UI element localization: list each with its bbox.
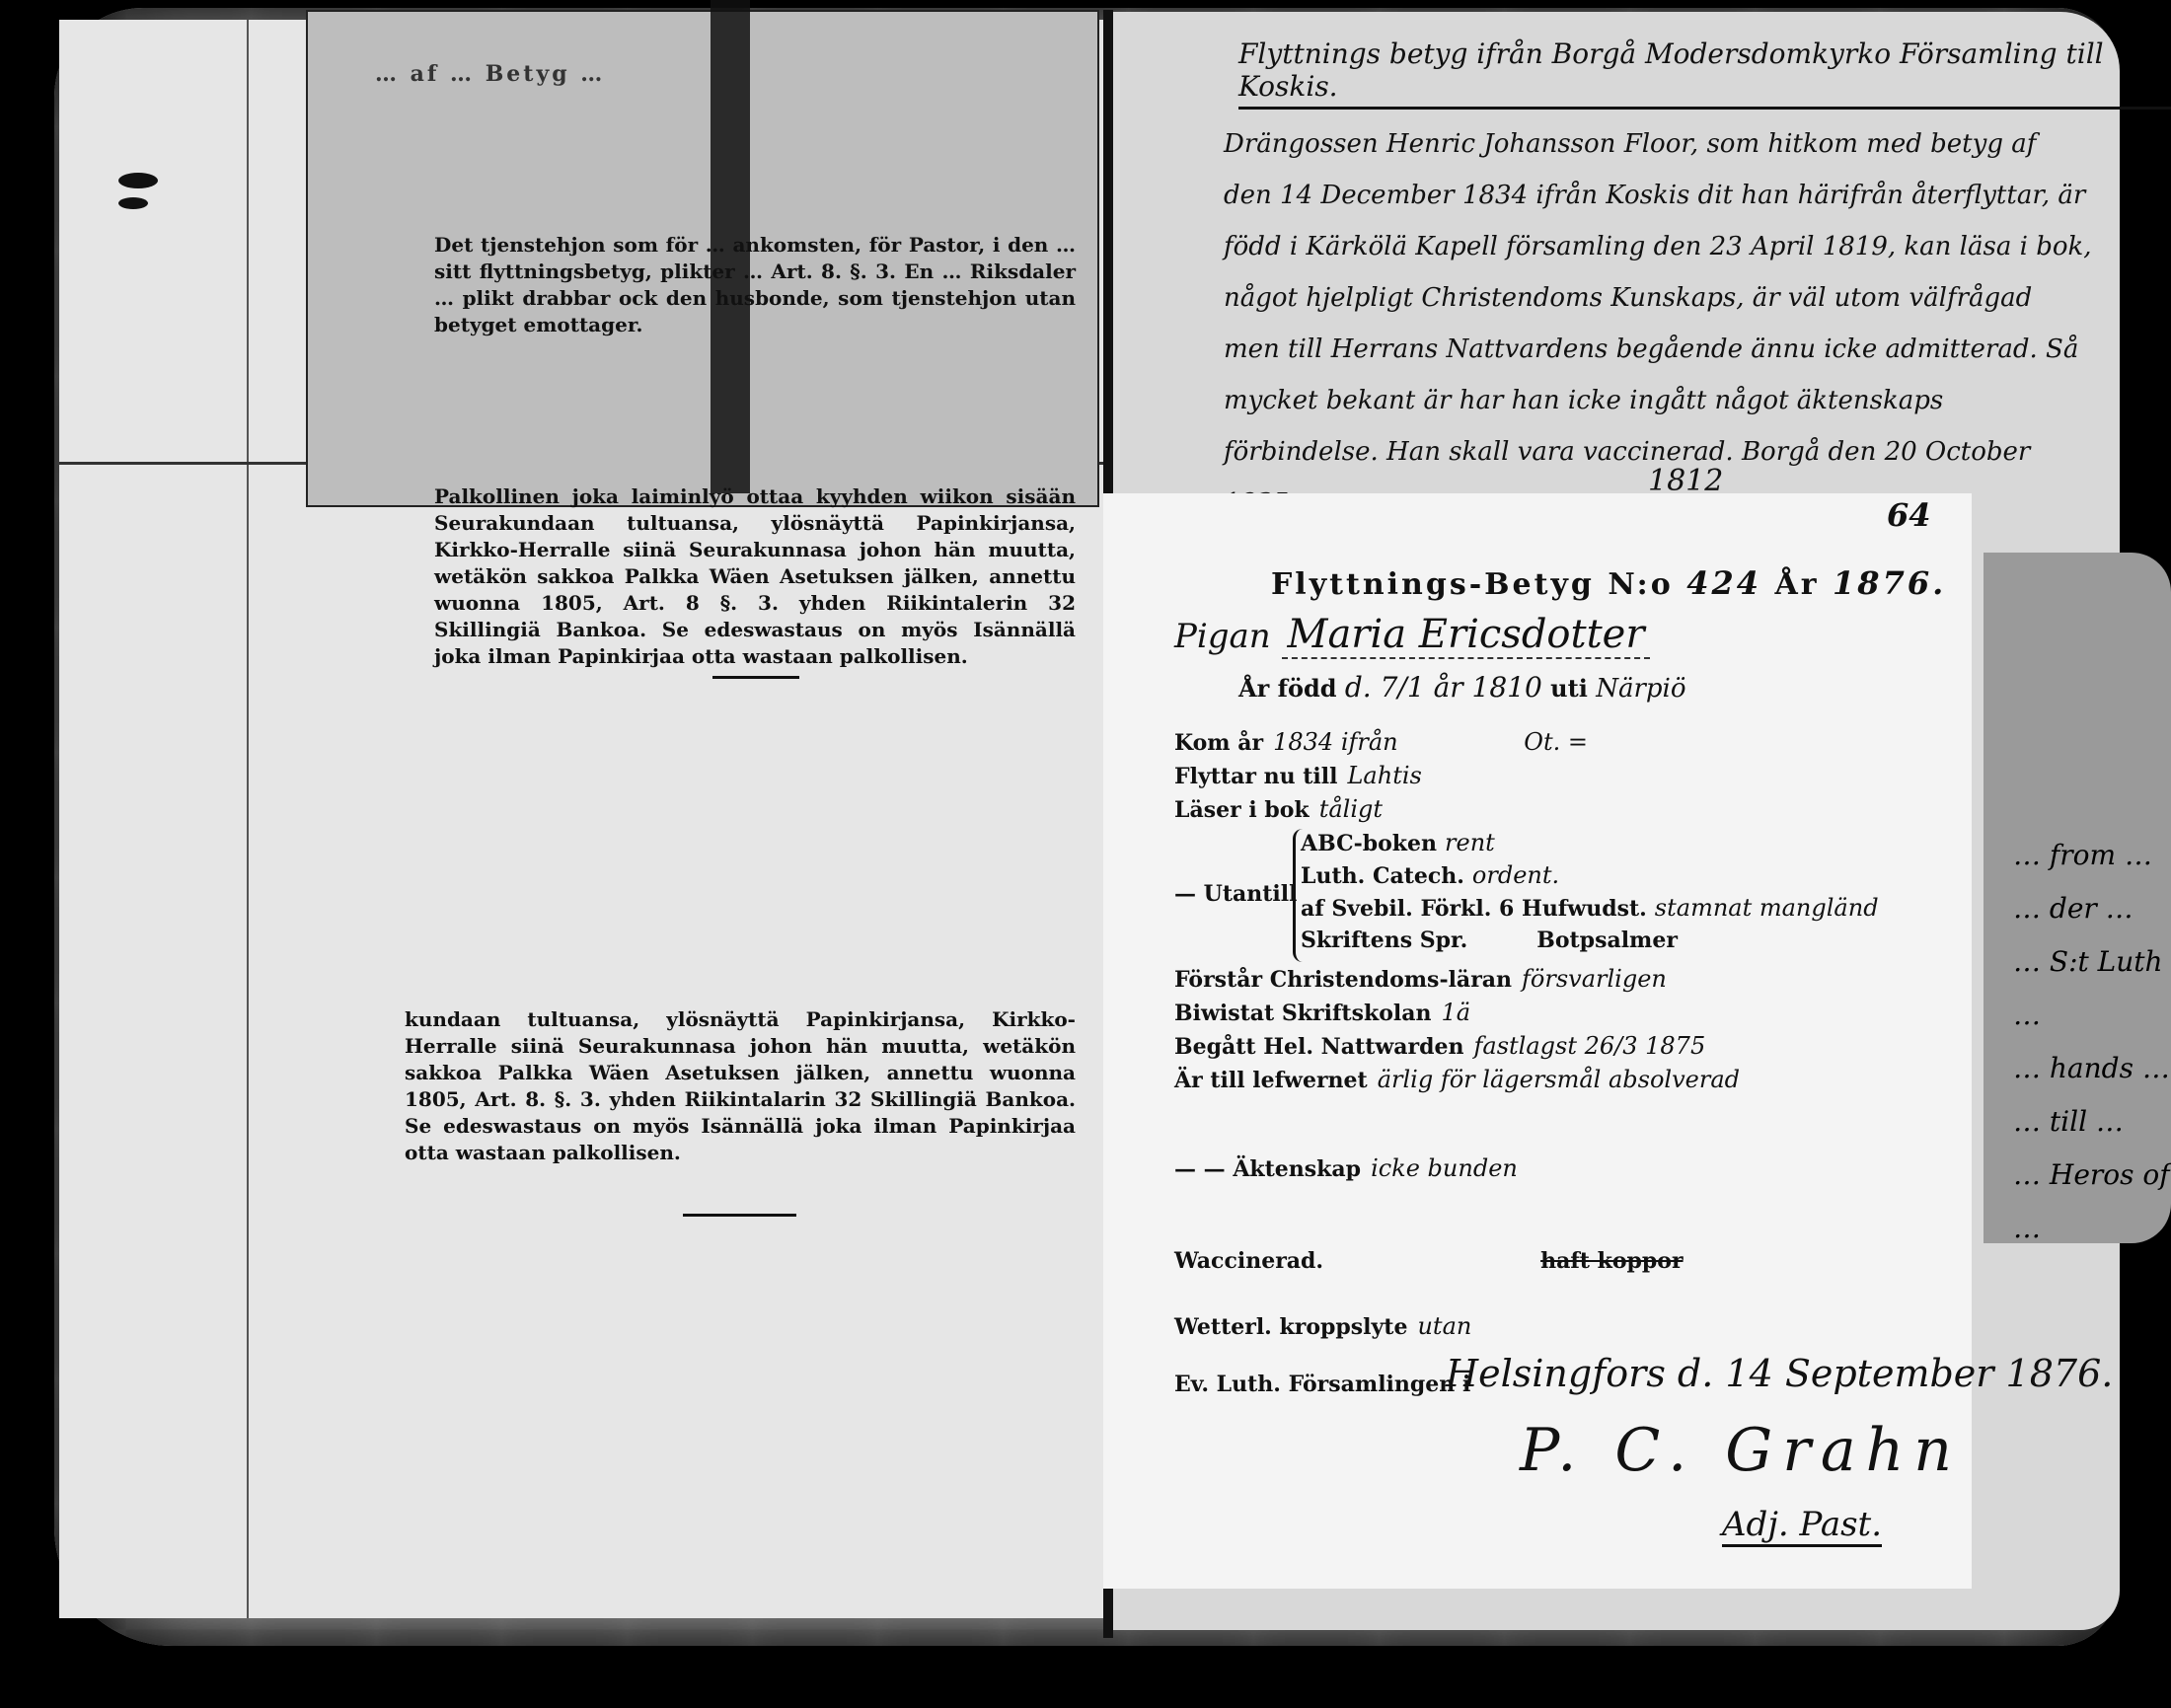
utantill-item: ABC-bokenrent — [1301, 829, 1495, 856]
form-number: 424 — [1686, 564, 1761, 602]
person-name: Maria Ericsdotter — [1282, 612, 1651, 659]
field-laser: Läser i boktåligt — [1174, 795, 1383, 823]
field-lefwernet: Är till lefwernetärlig för lägersmål abs… — [1174, 1066, 1740, 1093]
item-label: Skriftens Spr. — [1301, 928, 1467, 953]
field-forstar: Förstår Christendoms-läranförsvarligen — [1174, 965, 1667, 993]
field-value: 1834 ifrån — [1273, 728, 1398, 756]
field-value: ärlig för lägersmål absolverad — [1378, 1066, 1740, 1093]
margin-line: … Heros of … — [2013, 1149, 2171, 1255]
field-label: — — Äktenskap — [1174, 1156, 1361, 1182]
form-title-label: Flyttnings-Betyg N:o — [1271, 567, 1674, 602]
item-label: af Svebil. Förkl. 6 Hufwudst. — [1301, 896, 1647, 922]
field-value: fastlagst 26/3 1875 — [1474, 1032, 1706, 1060]
finnish-paragraph-2: kundaan tultuansa, ylösnäyttä Papinkirja… — [405, 1006, 1076, 1166]
ink-blot — [118, 197, 148, 209]
field-label: Flyttar nu till — [1174, 764, 1337, 789]
item-label: Luth. Catech. — [1301, 863, 1464, 889]
person-prefix: Pigan — [1174, 617, 1271, 656]
field-flyttar: Flyttar nu tillLahtis — [1174, 762, 1422, 789]
margin-line: … till … — [2013, 1095, 2171, 1149]
field-extra: Ot. = — [1524, 728, 1588, 756]
fold-line — [247, 20, 249, 1618]
utantill-item: Skriftens Spr.Botpsalmer — [1301, 928, 1678, 953]
utantill-item: Luth. Catech.ordent. — [1301, 861, 1559, 889]
item-value: rent — [1445, 829, 1495, 856]
born-place-label: uti — [1550, 674, 1588, 703]
born-line: År född d. 7/1 år 1810 uti Närpiö — [1238, 671, 1685, 704]
field-extra: haft koppor — [1540, 1248, 1683, 1274]
utantill-label: — Utantill — [1174, 881, 1298, 907]
field-label: Är till lefwernet — [1174, 1068, 1368, 1093]
ink-blot — [118, 173, 158, 188]
item-value: ordent. — [1472, 861, 1559, 889]
field-value: 1ä — [1442, 999, 1471, 1026]
item-value: stamnat mangländ — [1655, 894, 1879, 922]
born-place: Närpiö — [1596, 674, 1685, 704]
field-label: Läser i bok — [1174, 797, 1310, 823]
field-label: Ev. Luth. Församlingen i — [1174, 1372, 1470, 1397]
utantill-item: af Svebil. Förkl. 6 Hufwudst.stamnat man… — [1301, 894, 1879, 922]
margin-line: … from … — [2013, 829, 2171, 882]
field-begatt: Begått Hel. Nattwardenfastlagst 26/3 187… — [1174, 1032, 1705, 1060]
handwritten-header: Flyttnings betyg ifrån Borgå Modersdomky… — [1238, 37, 2171, 110]
finnish-paragraph-1: Palkollinen joka laiminlyö ottaa kyyhden… — [434, 483, 1076, 670]
margin-line: … der … — [2013, 882, 2171, 935]
margin-note: … from … … der … … S:t Luth … … hands … … — [2013, 829, 2171, 1255]
field-label: Waccinerad. — [1174, 1248, 1323, 1274]
divider — [712, 676, 799, 679]
year-label: År — [1774, 567, 1819, 602]
field-value: tåligt — [1319, 795, 1383, 823]
field-value: utan — [1417, 1312, 1471, 1340]
field-label: Wetterl. kroppslyte — [1174, 1314, 1407, 1340]
field-label: Förstår Christendoms-läran — [1174, 967, 1512, 993]
signature-title: Adj. Past. — [1722, 1505, 1882, 1547]
field-label: Biwistat Skriftskolan — [1174, 1001, 1432, 1026]
page-number: 64 — [1887, 496, 1931, 534]
field-value: icke bunden — [1371, 1154, 1518, 1182]
margin-line: … S:t Luth … — [2013, 935, 2171, 1042]
signature: P. C. Grahn — [1520, 1416, 1962, 1485]
field-kroppslyte: Wetterl. kroppslyteutan — [1174, 1312, 1471, 1340]
margin-line: … hands … — [2013, 1042, 2171, 1095]
form-title: Flyttnings-Betyg N:o 424 År 1876. — [1271, 564, 1946, 602]
slip-title: … af … Betyg … — [375, 61, 868, 88]
field-label: Begått Hel. Nattwarden — [1174, 1034, 1464, 1060]
item-label: ABC-boken — [1301, 831, 1437, 856]
field-value: Lahtis — [1347, 762, 1421, 789]
field-kom-ar: Kom år1834 ifrån Ot. = — [1174, 728, 1588, 756]
born-label: År född — [1238, 674, 1337, 703]
divider — [683, 1214, 796, 1217]
field-forsamlingen: Ev. Luth. Församlingen i — [1174, 1372, 1470, 1397]
place-date: Helsingfors d. 14 September 1876. — [1446, 1352, 2113, 1395]
person-line: Pigan Maria Ericsdotter — [1174, 612, 1650, 657]
field-value: försvarligen — [1522, 965, 1667, 993]
field-aktenskap: — — Äktenskapicke bunden — [1174, 1154, 1518, 1182]
field-waccinerad: Waccinerad.haft koppor — [1174, 1248, 1684, 1274]
field-label: Kom år — [1174, 730, 1263, 756]
slip-paragraph: Det tjenstehjon som för … ankomsten, för… — [434, 232, 1076, 338]
born-value: d. 7/1 år 1810 — [1345, 671, 1542, 704]
field-biwistat: Biwistat Skriftskolan1ä — [1174, 999, 1470, 1026]
form-year: 1876. — [1833, 564, 1946, 602]
item-extra-label: Botpsalmer — [1536, 928, 1678, 953]
